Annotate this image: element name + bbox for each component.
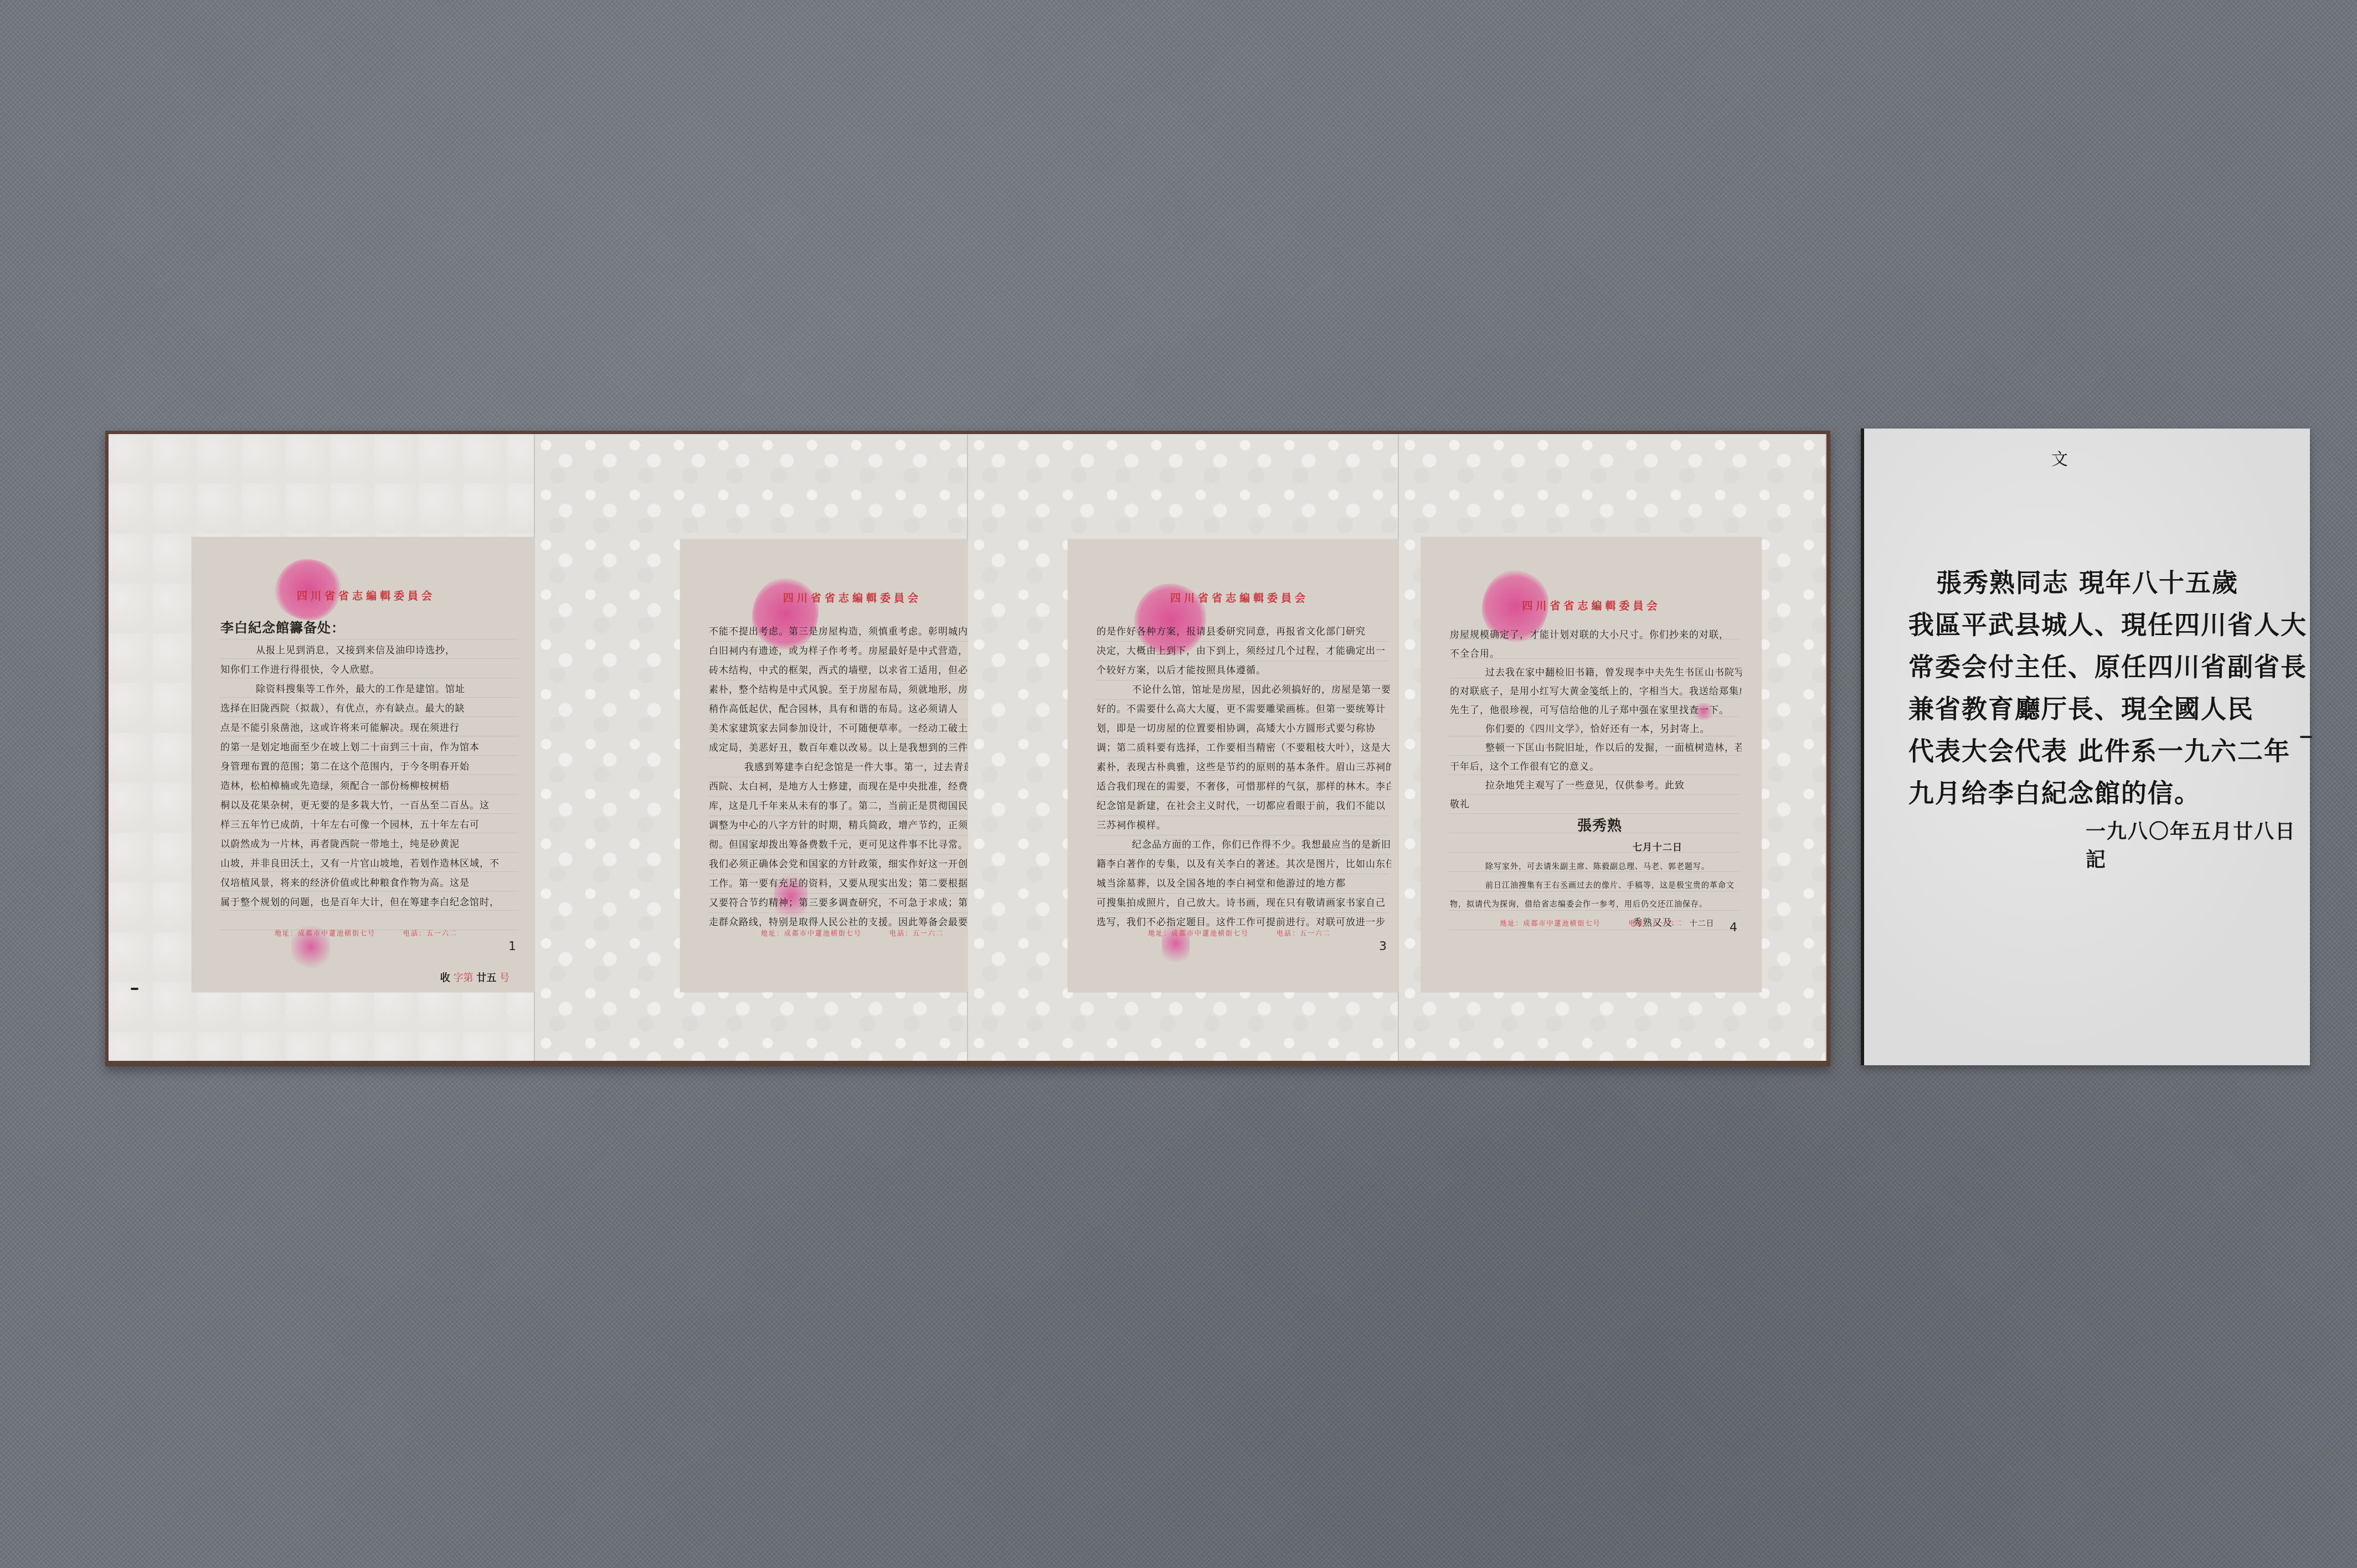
annotation-card: 文 張秀熟同志 現年八十五歲 我區平武县城人、現任四川省人大 常委会付主任、原任… xyxy=(1861,429,2310,1065)
letter-body: 房屋规模确定了，才能计划对联的大小尺寸。你们抄来的对联， 不全合用。 过去我在家… xyxy=(1450,626,1742,933)
postscript-line: 物，拟请代为探询，借给省志编委会作一参考，用后仍交还江油保存。 xyxy=(1450,895,1742,914)
text-line: 干年后，这个工作很有它的意义。 xyxy=(1450,757,1742,776)
text-line: 纪念品方面的工作，你们已作得不少。我想最应当的是新旧书 xyxy=(1097,835,1391,855)
letter-body: 不能不提出考虑。第三是房屋构造，须慎重考虑。彰明城内李 白旧祠内有遗迹，或为样子… xyxy=(709,622,1005,932)
text-line: 造林，松柏樟楠或先造绿，须配合一部份杨柳桉树梧 xyxy=(220,777,521,796)
album-panel-1: 四川省省志編輯委員会 李白紀念館籌备处： 从报上见到消息，又接到来信及油印诗选抄… xyxy=(109,434,535,1061)
card-line: 常委会付主任、原任四川省副省長 xyxy=(1908,646,2288,688)
footer-phone: 电話：五一六二 xyxy=(1277,930,1331,937)
letterhead: 四川省省志編輯委員会 xyxy=(192,588,541,603)
text-line: 整顿一下匡山书院旧址，作以后的发掘，一面植树造林，若 xyxy=(1450,739,1742,757)
text-line: 山坡，并非良田沃土，又有一片官山坡地，若划作造林区域，不 xyxy=(220,854,521,874)
text-line: 籍李白著作的专集，以及有关李白的著述。其次是图片，比如山东任 xyxy=(1097,855,1391,874)
salutation: 李白紀念館籌备处： xyxy=(220,615,521,641)
text-line: 选择在旧陇西院（拟裁），有优点，亦有缺点。最大的缺 xyxy=(220,699,521,719)
text-line: 成定局，美恶好丑，数百年难以改易。以上是我想到的三件要事了。 xyxy=(709,739,1005,758)
card-text: 張秀熟同志 現年八十五歲 我區平武县城人、現任四川省人大 常委会付主任、原任四川… xyxy=(1908,561,2288,814)
letter-footer: 地址：成都市中蓮池横街七号 电話：五一六二 xyxy=(1421,919,1762,928)
text-line: 素朴，整个结构是中式风貌。至于房屋布局，须就地形，房址在坡上立 xyxy=(709,680,1005,700)
text-line: 除资料搜集等工作外，最大的工作是建馆。馆址 xyxy=(220,680,521,699)
text-line: 先生了，他很珍视，可写信给他的儿子郑中强在家里找查一下。 xyxy=(1450,701,1742,720)
text-line: 的第一是划定地面至少在坡上划二十亩到三十亩，作为馆本 xyxy=(220,738,521,757)
letter-page-1: 四川省省志編輯委員会 李白紀念館籌备处： 从报上见到消息，又接到来信及油印诗选抄… xyxy=(192,537,541,992)
letter-footer: 地址：成都市中蓮池横街七号 电話：五一六二 xyxy=(1068,929,1411,938)
letterhead: 四川省省志編輯委員会 xyxy=(1068,590,1411,605)
text-line: 彻。但国家却拨出筹备费数千元，更可见这件事不比寻常。因此， xyxy=(709,835,1005,855)
page-number: 1 xyxy=(508,940,516,953)
text-line: 美术家建筑家去同参加设计，不可随便草率。一经动工破土，便 xyxy=(709,719,1005,739)
letter-album: 四川省省志編輯委員会 李白紀念館籌备处： 从报上见到消息，又接到来信及油印诗选抄… xyxy=(105,431,1830,1066)
card-line: 我區平武县城人、現任四川省人大 xyxy=(1908,604,2288,646)
card-line: 代表大会代表 此件系一九六二年 xyxy=(1908,730,2288,772)
footer-phone: 电話：五一六二 xyxy=(1628,920,1682,927)
album-panel-4: 四川省省志編輯委員会 房屋规模确定了，才能计划对联的大小尺寸。你们抄来的对联， … xyxy=(1399,434,1826,1061)
text-line: 库，这是几千年来从未有的事了。第二，当前正是贯彻国民经济以 xyxy=(709,797,1005,816)
text-line: 从报上见到消息，又接到来信及油印诗选抄， xyxy=(220,641,521,661)
text-line: 不全合用。 xyxy=(1450,644,1742,663)
card-top-mark: 文 xyxy=(2051,445,2068,470)
text-line: 好的。不需要什么高大大厦，更不需要雕梁画栋。但第一要统筹计 xyxy=(1097,700,1391,719)
text-line: 又要符合节约精神；第三要多调查研究，不可急于求成；第四要 xyxy=(709,894,1005,913)
postscript-line: 前日江油搜集有王右丞画过去的像片、手稿等，这是极宝贵的革命文 xyxy=(1450,876,1742,895)
card-date: 一九八〇年五月廿八日記 xyxy=(2086,816,2310,873)
text-line: 我感到筹建李白纪念馆是一件大事。第一，过去青莲乡的陇 xyxy=(709,758,1005,777)
postscript-line: 除写家外，可去请朱副主席、陈毅副总理、马老、郭老题写。 xyxy=(1450,857,1742,876)
text-line: 桐以及花果杂树，更无要的是多栽大竹，一百丛至二百丛。这 xyxy=(220,796,521,816)
footer-address: 地址：成都市中蓮池横街七号 xyxy=(275,930,375,937)
text-line: 不论什么馆，馆址是房屋，因此必须搞好的，房屋是第一要搞 xyxy=(1097,680,1391,700)
text-line: 敬礼 xyxy=(1450,795,1742,814)
text-line: 属于整个规划的问题，也是百年大计，但在筹建李白纪念馆时， xyxy=(220,893,521,912)
text-line: 样三五年竹已成荫，十年左右可像一个园林，五十年左右可 xyxy=(220,816,521,835)
signature-date: 七月十二日 xyxy=(1450,838,1742,857)
text-line: 调整为中心的八字方针的时期，精兵简政，增产节约，正须继续贯 xyxy=(709,816,1005,835)
letter-body: 李白紀念館籌备处： 从报上见到消息，又接到来信及油印诗选抄， 知你们工作进行得很… xyxy=(220,615,521,912)
text-line: 西院、太白祠，是地方人士修建，而现在是中央批准，经费拨自国 xyxy=(709,777,1005,797)
text-line: 以蔚然成为一片林，再者陇西院一带地土，纯是砂黄泥 xyxy=(220,835,521,854)
album-panel-3: 四川省省志編輯委員会 的是作好各种方案，报请县委研究同意，再报省文化部门研究 决… xyxy=(968,434,1399,1061)
text-line: 拉杂地凭主观写了一些意见，仅供参考。此致 xyxy=(1450,776,1742,795)
signature: 張秀熟 xyxy=(1450,814,1742,838)
text-line: 白旧祠内有遗迹，或为样子作考考。房屋最好是中式营造，亦可用 xyxy=(709,642,1005,661)
text-line: 你们要的《四川文学》，恰好还有一本，另封寄上。 xyxy=(1450,720,1742,739)
footer-phone: 电話：五一六二 xyxy=(403,930,457,937)
page-number: 4 xyxy=(1730,921,1737,935)
album-panel-2: 四川省省志編輯委員会 不能不提出考虑。第三是房屋构造，须慎重考虑。彰明城内李 白… xyxy=(535,434,968,1061)
letter-page-3: 四川省省志編輯委員会 的是作好各种方案，报请县委研究同意，再报省文化部门研究 决… xyxy=(1068,539,1411,992)
edge-mark xyxy=(131,988,138,990)
text-line: 身管理布置的范围；第二在这个范围内，于今冬明春开始 xyxy=(220,757,521,777)
text-line: 素朴，表现古朴典雅，这些是节约的原则的基本条件。眉山三苏祠的房屋大体 xyxy=(1097,758,1391,777)
letter-body: 的是作好各种方案，报请县委研究同意，再报省文化部门研究 决定，大概由上到下，由下… xyxy=(1097,622,1391,932)
text-line: 三苏祠作模样。 xyxy=(1097,816,1391,835)
text-line: 可搜集拍成照片，自己放大。诗书画，现在只有敬请画家书家自己 xyxy=(1097,894,1391,913)
text-line: 适合我们现在的需要，不奢侈，可惜那样的气氛，那样的林木。李白 xyxy=(1097,777,1391,797)
text-line: 过去我在家中翻检旧书籍，曾发现李中夫先生书匡山书院写 xyxy=(1450,663,1742,682)
text-line: 知你们工作进行得很快，令人欣慰。 xyxy=(220,661,521,680)
page-number: 3 xyxy=(1379,940,1387,953)
card-line: 九月给李白紀念館的信。 xyxy=(1908,772,2288,814)
text-line: 调；第二质料要有选择，工作要相当精密（不要粗枝大叶），这是大概 xyxy=(1097,739,1391,758)
footer-phone: 电話：五一六二 xyxy=(889,930,944,937)
footer-address: 地址：成都市中蓮池横街七号 xyxy=(1148,930,1249,937)
text-line: 点是不能引泉凿池，这或许将来可能解决。现在须进行 xyxy=(220,719,521,738)
text-line: 工作。第一要有充足的资料，又要从现实出发；第二要根据可能规模， xyxy=(709,874,1005,894)
edge-mark xyxy=(2300,736,2312,738)
text-line: 砖木结构，中式的框架，西式的墙壁，以求省工适用，但必须大体 xyxy=(709,661,1005,680)
footer-address: 地址：成都市中蓮池横街七号 xyxy=(1500,920,1601,927)
letterhead: 四川省省志編輯委員会 xyxy=(1421,598,1762,613)
text-line: 纪念馆是新建，在社会主义时代，一切都应看眼于前，我们不能以 xyxy=(1097,797,1391,816)
card-line: 兼省教育廳厅長、現全國人民 xyxy=(1908,688,2288,730)
text-line: 房屋规模确定了，才能计划对联的大小尺寸。你们抄来的对联， xyxy=(1450,626,1742,644)
text-line: 稍作高低起伏，配合园林，具有和谐的布局。这必须请人 xyxy=(709,700,1005,719)
footer-address: 地址：成都市中蓮池横街七号 xyxy=(761,930,862,937)
text-line: 不能不提出考虑。第三是房屋构造，须慎重考虑。彰明城内李 xyxy=(709,622,1005,642)
text-line: 我们必须正确体会党和国家的方针政策，细实作好这一开创 xyxy=(709,855,1005,874)
text-line: 仅培植风景，将来的经济价值或比种粮食作物为高。这是 xyxy=(220,874,521,893)
letter-footer: 地址：成都市中蓮池横街七号 电話：五一六二 xyxy=(192,929,541,938)
text-line: 划，即是一切房屋的位置要相协调，高矮大小方圆形式要匀称协 xyxy=(1097,719,1391,739)
text-line: 的是作好各种方案，报请县委研究同意，再报省文化部门研究 xyxy=(1097,622,1391,642)
text-line: 城当涂墓葬，以及全国各地的李白祠堂和他游过的地方都 xyxy=(1097,874,1391,894)
text-line: 的对联底子，是用小红写大黄金笺纸上的，字相当大。我送给郑集成 xyxy=(1450,682,1742,701)
card-line: 張秀熟同志 現年八十五歲 xyxy=(1908,561,2288,604)
receipt-stamp: 收 字第 廿五 号 xyxy=(440,970,510,984)
letter-page-4: 四川省省志編輯委員会 房屋规模确定了，才能计划对联的大小尺寸。你们抄来的对联， … xyxy=(1421,537,1762,992)
text-line: 个较好方案，以后才能按照具体遵循。 xyxy=(1097,661,1391,680)
text-line: 决定，大概由上到下，由下到上，须经过几个过程，才能确定出一 xyxy=(1097,642,1391,661)
